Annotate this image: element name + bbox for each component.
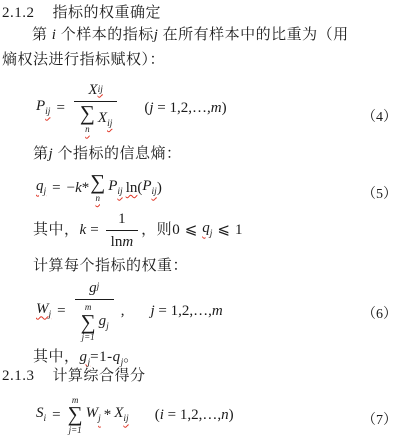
entropy-line: 第j 个指标的信息熵： [33,144,181,164]
f6-numerator: gj [84,279,104,299]
f7-cond-n: n [221,407,229,423]
f5-ln: ln [126,179,138,197]
f6-lhs-sub: j [49,310,52,320]
f5-star: * [82,179,90,197]
f6-cond-m: m [212,303,223,319]
f4-sum: ∑n [80,104,95,134]
f4-cond-close: ) [222,100,227,116]
f7-equals: = [52,406,60,424]
f4-cond-m: m [211,100,222,116]
where-k-line: 其中， k = 1 ln m ，则 0 ⩽ qj ⩽ 1 [33,210,242,250]
f7-lhs-base: S [36,405,44,421]
formula-5: qj = −k* ∑n Pij ln ( Pij ) [36,170,162,206]
formula-6: Wj = gj m∑j=1 gj , j = 1,2,…,m [36,278,223,344]
sigma-icon: ∑ [80,104,95,124]
f5-lhs-sub: j [44,187,47,197]
f7-condition: (i = 1,2,…,n) [155,406,234,424]
wg-period: 。 [123,349,139,365]
intro-line-2: 熵权法进行指标赋权）： [2,50,165,70]
heading-2-1-2-number: 2.1.2 [2,5,35,21]
f4-num-base: X [88,81,97,99]
f6-condition: j = 1,2,…,m [150,302,222,320]
f5-close-paren: ) [157,179,162,197]
formula-4: Pij = Xij ∑n Xij (j = 1,2,…,m) [36,76,227,140]
wk-fraction: 1 ln m [106,210,139,251]
intro-line-1: 第 i 个样本的指标j 在所有样本中的比重为（用 [32,25,349,45]
f4-lhs-sub: ij [45,107,50,117]
wk-seg2: ，则 [141,221,172,239]
f4-sum-lower: n [85,124,90,134]
f7-w-base: W [86,405,99,421]
wk-frac-num: 1 [113,210,131,230]
heading-2-1-3-title: 计算综合得分 [53,368,146,384]
f6-cond-rest: = 1,2,…, [155,303,212,319]
f6-equals: = [57,302,65,320]
wk-leq-2: ⩽ [217,221,230,239]
formula-7: Si = m∑j=1 Wj * Xij (i = 1,2,…,n) [36,390,234,440]
wk-one: 1 [235,221,243,239]
wk-q-base: q [202,220,210,236]
wg-g: gj [80,349,91,365]
f7-cond-close: ) [229,407,234,423]
f5-lhs: qj [36,177,46,198]
wg-q: qj [113,349,124,365]
f6-num-base: g [89,279,97,297]
f7-sum: m∑j=1 [68,395,83,436]
f7-star: * [104,406,112,424]
f6-denominator: m∑j=1 gj [75,299,114,343]
f4-condition: (j = 1,2,…,m) [144,99,226,117]
f7-cond-rest: = 1,2,…, [164,407,221,423]
wk-equals: = [90,221,98,239]
f6-sum-lower: j=1 [82,332,95,342]
heading-2-1-3-number: 2.1.3 [2,368,35,384]
entropy-seg1: 第 [33,146,49,162]
f5-p2: Pij [142,177,156,198]
wk-q-sub: j [210,229,213,239]
f4-numerator: Xij [83,81,107,101]
formula-7-number: （7） [362,409,397,429]
f5-minus: − [67,179,75,197]
f7-sum-lower: j=1 [69,425,82,435]
wg-g-base: g [80,349,88,365]
f6-lhs-base: W [36,301,49,317]
wk-frac-den: ln m [106,230,139,251]
wk-leq-1: ⩽ [185,221,198,239]
formula-6-number: （6） [362,303,397,323]
wg-seg1: 其中， [33,349,80,365]
wk-var-k: k [80,221,87,239]
f4-equals: = [56,99,64,117]
f5-equals: = [52,179,60,197]
wk-var-m: m [122,233,133,251]
f4-den-base: X [98,110,107,126]
sigma-icon: ∑ [68,405,83,425]
formula-5-number: （5） [362,183,397,203]
entropy-seg2: 个指标的信息熵： [53,146,181,162]
document-page: 2.1.2指标的权重确定 第 i 个样本的指标j 在所有样本中的比重为（用 熵权… [0,0,407,442]
sigma-icon: ∑ [90,173,105,193]
heading-2-1-2-title: 指标的权重确定 [53,5,162,21]
f5-p2-base: P [142,178,151,194]
f5-sum-lower: n [95,193,100,203]
f7-x-sub: ij [123,414,128,424]
weights-line: 计算每个指标的权重： [33,256,188,276]
wk-seg1: 其中， [33,221,80,239]
f4-den-sub: ij [107,119,112,129]
f5-var-k: k [75,179,82,197]
wk-zero: 0 [172,221,180,239]
intro-seg1: 第 [32,27,52,43]
f7-lhs: Si [36,404,46,425]
f7-x-term: Xij [114,404,128,425]
formula-4-number: （4） [362,106,397,126]
f5-lhs-base: q [36,178,44,194]
sigma-icon: ∑ [81,313,96,333]
f6-den-sub: j [106,322,109,332]
f6-comma: , [121,302,125,320]
f5-sum: ∑n [90,173,105,203]
f6-lhs: Wj [36,300,51,321]
f7-lhs-sub: i [44,414,47,424]
f5-p1-sub: ij [117,187,122,197]
f4-lhs: Pij [36,97,50,118]
f6-num-sub: j [97,282,100,293]
wg-q-base: q [113,349,121,365]
wg-mid: =1- [90,349,112,365]
f5-p1: Pij [108,177,122,198]
f6-sum: m∑j=1 [81,302,96,343]
f4-denominator: ∑n Xij [74,101,117,134]
heading-2-1-3: 2.1.3计算综合得分 [2,366,146,386]
f6-den-base: g [99,313,107,329]
intro-seg2: 个样本的指标 [56,27,153,43]
f4-fraction: Xij ∑n Xij [74,81,117,134]
f6-fraction: gj m∑j=1 gj [75,279,114,343]
intro-seg3: 在所有样本中的比重为（用 [158,27,348,43]
f4-cond-rest: = 1,2,…, [154,100,211,116]
f7-w-sub: j [98,414,101,424]
wk-q: qj [202,219,212,240]
f7-w-term: Wj [86,404,101,425]
f4-lhs-base: P [36,98,45,114]
heading-2-1-2: 2.1.2指标的权重确定 [2,3,161,23]
f4-den-term: Xij [98,109,112,130]
f6-den-term: gj [99,312,109,333]
wk-ln: ln [111,233,123,251]
f4-num-sub: ij [98,85,103,96]
